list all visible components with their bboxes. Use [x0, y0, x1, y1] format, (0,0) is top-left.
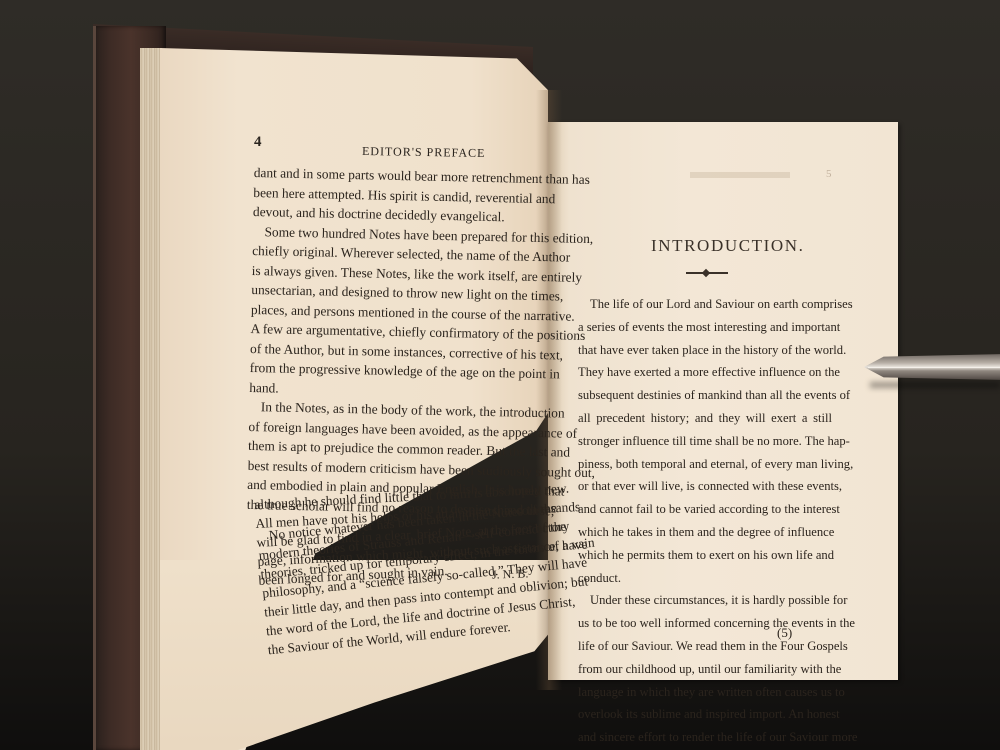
text-line: overlook its sublime and inspired import…	[578, 703, 832, 726]
text-line: The life of our Lord and Saviour on eart…	[578, 293, 832, 316]
text-line: that have ever taken place in the histor…	[578, 339, 832, 362]
text-line: subsequent destinies of mankind than all…	[578, 384, 832, 407]
text-line: They have exerted a more effective influ…	[578, 361, 832, 384]
left-page-body: dant and in some parts would bear more r…	[247, 163, 540, 520]
bleed-through-page-number: 5	[826, 168, 832, 180]
left-page-number: 4	[254, 134, 262, 151]
text-line: a series of events the most interesting …	[578, 316, 832, 339]
text-line: Under these circumstances, it is hardly …	[578, 589, 832, 612]
text-line: or that ever will live, is connected wit…	[578, 475, 832, 498]
text-line: from our childhood up, until our familia…	[578, 658, 832, 681]
text-line: and cannot fail to be varied according t…	[578, 498, 832, 521]
text-line: conduct.	[578, 567, 832, 590]
title-ornament-rule	[686, 272, 728, 274]
signature-initials: J. N. B.	[492, 566, 529, 582]
right-page-body: The life of our Lord and Saviour on eart…	[578, 293, 832, 749]
text-line: stronger influence till time shall be no…	[578, 430, 832, 453]
text-line: us to be too well informed concerning th…	[578, 612, 832, 635]
chapter-title: INTRODUCTION.	[651, 236, 804, 256]
text-line: life of our Saviour. We read them in the…	[578, 635, 832, 658]
bleed-through-header	[690, 172, 790, 178]
right-page-number: (5)	[777, 625, 792, 641]
text-line: which he takes in them and the degree of…	[578, 521, 832, 544]
pointer-highlight-edge	[868, 367, 1000, 368]
text-line: which he permits them to exert on his ow…	[578, 544, 832, 567]
text-line: piness, both temporal and eternal, of ev…	[578, 453, 832, 476]
text-line: all precedent history; and they will exe…	[578, 407, 832, 430]
text-line: and sincere effort to render the life of…	[578, 726, 832, 749]
text-line: language in which they are written often…	[578, 681, 832, 704]
page-block-edges	[140, 48, 162, 750]
pointer-shadow	[870, 382, 1000, 388]
left-running-header: EDITOR'S PREFACE	[362, 144, 486, 161]
